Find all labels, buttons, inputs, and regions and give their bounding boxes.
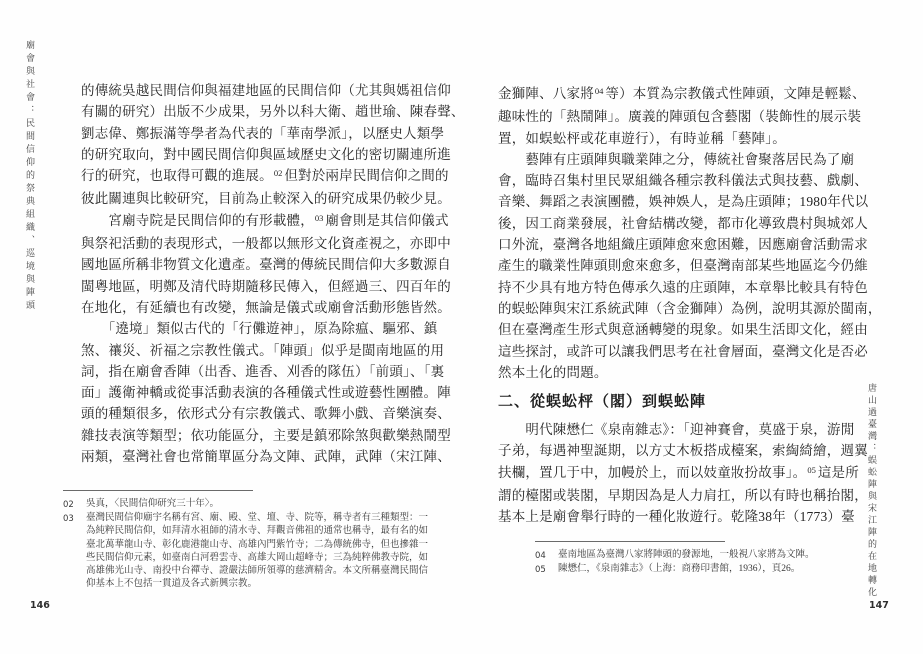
text-line: 兩類，臺灣社會也常簡單區分為文陣、武陣，武陣（宋江陣、: [81, 446, 441, 467]
footnote-number: 04: [535, 549, 558, 563]
text-line: 宮廟寺院是民間信仰的有形載體，03廟會則是其信仰儀式: [81, 210, 441, 233]
footnote-ref: 03: [315, 213, 324, 223]
footnote-ref: 04: [595, 86, 604, 96]
footnote-row: 02吳真，〈民間信仰研究三十年〉。: [63, 498, 443, 512]
footnote-number: 03: [63, 512, 86, 591]
text-segment: 這是所: [818, 465, 859, 480]
footnote-number: 02: [63, 498, 86, 512]
text-line: 的蜈蚣陣與宋江系統武陣（含金獅陣）為例，說明其源於閩南，: [498, 298, 860, 319]
text-line: 子弟，每遇神聖誕期，以方丈木板搭成檯案，索綯綺繪，週翼: [498, 440, 860, 461]
right-page-body: 金獅陣、八家將04等）本質為宗教儀式性陣頭，文陣是輕鬆、趣味性的「熱鬧陣」。廣義…: [498, 83, 860, 528]
text-line: 面」護衛神轎或從事活動表演的各種儀式性或遊藝性團體。陣: [81, 382, 441, 403]
right-body-before-heading: 金獅陣、八家將04等）本質為宗教儀式性陣頭，文陣是輕鬆、趣味性的「熱鬧陣」。廣義…: [498, 83, 860, 383]
footnote-list: 02吳真，〈民間信仰研究三十年〉。03臺灣民間信仰廟宇名稱有宮、廟、殿、堂、壇、…: [63, 498, 443, 591]
text-line: 有關的研究）出版不少成果，另外以科大衛、趙世瑜、陳春聲、: [81, 101, 441, 122]
text-line: 謂的檯閣或裝閣，早期因為是人力肩扛，所以有時也稱抬閣，: [498, 485, 860, 506]
text-line: 置，如蜈蚣枰或花車遊行），有時並稱「藝陣」。: [498, 128, 860, 149]
text-line: 仰基本上不包括一貫道及各式新興宗教。: [86, 578, 443, 591]
text-line: 扶欄，置几于中，加幔於上，而以妓童妝扮故事」。05這是所: [498, 462, 860, 485]
right-page-number: 147: [869, 600, 889, 611]
text-line: 產生的職業性陣頭則愈來愈多，但臺灣南部某些地區迄今仍維: [498, 255, 860, 276]
text-line: 彼此關連與比較研究，目前為止較深入的研究成果仍較少見。: [81, 188, 441, 209]
footnote-text: 陳懋仁，《泉南雜志》（上海：商務印書館，1936），頁26。: [558, 563, 885, 577]
text-line: 金獅陣、八家將04等）本質為宗教儀式性陣頭，文陣是輕鬆、: [498, 83, 860, 106]
text-segment: 但對於兩岸民間信仰之間的: [284, 168, 448, 183]
section-heading: 二、從蜈蚣枰（閣）到蜈蚣陣: [498, 391, 860, 413]
footnote-separator: [535, 541, 725, 542]
text-line: 的研究取向，對中國民間信仰與區域歷史文化的密切關連所進: [81, 144, 441, 165]
left-page-number: 146: [30, 600, 50, 611]
footnote-text: 臺南地區為臺灣八家將陣頭的發源地，一般視八家將為文陣。: [558, 549, 885, 563]
text-line: 口外流，臺灣各地組織庄頭陣愈來愈困難，因應廟會活動需求: [498, 234, 860, 255]
text-line: 詞，指在廟會香陣（出香、進香、刈香的隊伍）「前頭」、「裏: [81, 361, 441, 382]
left-running-title: 廟會與社會：民間信仰的祭典組織、巡境與陣頭: [24, 40, 37, 313]
text-line: 明代陳懋仁《泉南雜志》：「迎神賽會，莫盛于泉，游閒: [498, 419, 860, 440]
text-line: 閩粵地區，明鄭及清代時期隨移民傳入，但經過三、四百年的: [81, 276, 441, 297]
text-line: 臺北萬華龍山寺、彰化鹿港龍山寺、高雄內門紫竹寺；二為傳統佛寺，但也摻雜一: [86, 539, 443, 552]
text-segment: 等）本質為宗教儀式性陣頭，文陣是輕鬆、: [605, 86, 865, 101]
footnote-text: 臺灣民間信仰廟宇名稱有宮、廟、殿、堂、壇、寺、院等，稱寺者有三種類型：一為純粹民…: [86, 512, 443, 591]
text-line: 「遶境」類似古代的「行儺遊神」，原為除瘟、驅邪、鎮: [81, 318, 441, 339]
text-line: 持不少具有地方特色傳承久遠的庄頭陣，本章舉比較具有特色: [498, 277, 860, 298]
text-line: 基本上是廟會舉行時的一種化妝遊行。乾隆38年（1773）臺: [498, 506, 860, 527]
text-line: 高雄佛光山寺、南投中台禪寺、證嚴法師所領導的慈濟精舍。本文所稱臺灣民間信: [86, 565, 443, 578]
text-line: 些民間信仰元素，如臺南白河碧雲寺、高雄大岡山超峰寺；三為純粹佛教寺院，如: [86, 552, 443, 565]
text-line: 會，臨時召集村里民眾組織各種宗教科儀法式與技藝、戲劇、: [498, 170, 860, 191]
text-line: 陳懋仁，《泉南雜志》（上海：商務印書館，1936），頁26。: [558, 563, 885, 576]
footnote-ref: 02: [274, 168, 283, 178]
text-line: 國地區所稱非物質文化遺產。臺灣的傳統民間信仰大多數源自: [81, 254, 441, 275]
book-spread: 廟會與社會：民間信仰的祭典組織、巡境與陣頭 的傳統吳越民間信仰與福建地區的民間信…: [0, 0, 923, 654]
text-line: 行的研究，也取得可觀的進展。02但對於兩岸民間信仰之間的: [81, 165, 441, 188]
text-line: 的傳統吳越民間信仰與福建地區的民間信仰（尤其與媽祖信仰: [81, 80, 441, 101]
left-page-body: 的傳統吳越民間信仰與福建地區的民間信仰（尤其與媽祖信仰有關的研究）出版不少成果，…: [81, 80, 441, 467]
text-line: 煞、禳災、祈福之宗教性儀式。「陣頭」似乎是閩南地區的用: [81, 340, 441, 361]
right-body-after-heading: 明代陳懋仁《泉南雜志》：「迎神賽會，莫盛于泉，游閒子弟，每遇神聖誕期，以方丈木板…: [498, 419, 860, 527]
footnote-separator: [63, 490, 253, 491]
footnote-row: 05陳懋仁，《泉南雜志》（上海：商務印書館，1936），頁26。: [535, 563, 885, 577]
text-line: 吳真，〈民間信仰研究三十年〉。: [86, 498, 443, 511]
text-line: 這些探討，或許可以讓我們思考在社會層面，臺灣文化是否必: [498, 341, 860, 362]
text-line: 臺灣民間信仰廟宇名稱有宮、廟、殿、堂、壇、寺、院等，稱寺者有三種類型：一: [86, 512, 443, 525]
text-line: 劉志偉、鄭振滿等學者為代表的「華南學派」，以歷史人類學: [81, 123, 441, 144]
text-line: 臺南地區為臺灣八家將陣頭的發源地，一般視八家將為文陣。: [558, 549, 885, 562]
text-segment: 宮廟寺院是民間信仰的有形載體，: [81, 213, 314, 228]
text-line: 趣味性的「熱鬧陣」。廣義的陣頭包含藝閣（裝飾性的展示裝: [498, 106, 860, 127]
text-line: 後，因工商業發展，社會結構改變，都市化導致農村與城郊人: [498, 213, 860, 234]
footnote-ref: 05: [807, 465, 816, 475]
text-segment: 金獅陣、八家將: [498, 86, 594, 101]
footnote-row: 03臺灣民間信仰廟宇名稱有宮、廟、殿、堂、壇、寺、院等，稱寺者有三種類型：一為純…: [63, 512, 443, 591]
text-line: 在地化，有延續也有改變，無論是儀式或廟會活動形態皆然。: [81, 297, 441, 318]
text-line: 雜技表演等類型；依功能區分，主要是鎮邪除煞與歡樂熱鬧型: [81, 425, 441, 446]
text-line: 但在臺灣產生形式與意涵轉變的現象。如果生活即文化，經由: [498, 319, 860, 340]
footnote-number: 05: [535, 563, 558, 577]
right-running-title: 唐山過臺灣：蜈蚣陣與宋江陣的在地轉化: [866, 383, 879, 599]
left-page-footnotes: 02吳真，〈民間信仰研究三十年〉。03臺灣民間信仰廟宇名稱有宮、廟、殿、堂、壇、…: [63, 490, 443, 591]
right-page-footnotes: 04臺南地區為臺灣八家將陣頭的發源地，一般視八家將為文陣。05陳懋仁，《泉南雜志…: [535, 541, 885, 577]
footnote-list: 04臺南地區為臺灣八家將陣頭的發源地，一般視八家將為文陣。05陳懋仁，《泉南雜志…: [535, 549, 885, 577]
text-line: 頭的種類很多，依形式分有宗教儀式、歌舞小戲、音樂演奏、: [81, 403, 441, 424]
text-line: 音樂、舞蹈之表演團體，娛神娛人，是為庄頭陣；1980年代以: [498, 191, 860, 212]
text-segment: 廟會則是其信仰儀式: [325, 213, 448, 228]
text-segment: 行的研究，也取得可觀的進展。: [81, 168, 273, 183]
footnote-text: 吳真，〈民間信仰研究三十年〉。: [86, 498, 443, 512]
text-line: 然本土化的問題。: [498, 362, 860, 383]
text-line: 為純粹民間信仰，如拜清水祖師的清水寺、拜觀音佛祖的通常也稱寺，最有名的如: [86, 525, 443, 538]
text-line: 與祭祀活動的表現形式，一般都以無形文化資產視之，亦即中: [81, 233, 441, 254]
text-line: 藝陣有庄頭陣與職業陣之分，傳統社會聚落居民為了廟: [498, 149, 860, 170]
text-segment: 扶欄，置几于中，加幔於上，而以妓童妝扮故事」。: [498, 465, 806, 480]
footnote-row: 04臺南地區為臺灣八家將陣頭的發源地，一般視八家將為文陣。: [535, 549, 885, 563]
